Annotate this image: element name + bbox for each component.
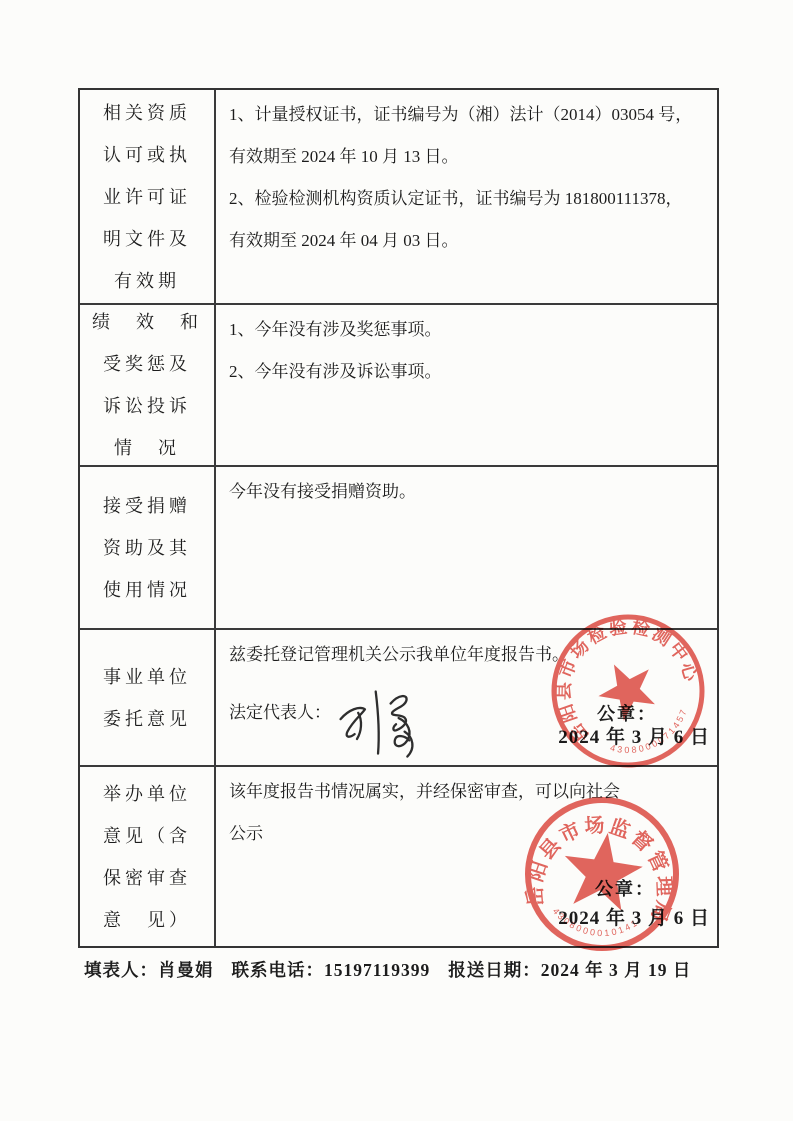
content-line: 有效期至 2024 年 04 月 03 日。	[229, 220, 705, 262]
legal-representative-label: 法定代表人：	[229, 692, 331, 734]
annual-report-document-page: 相关资质 认可或执 业许可证 明文件及 有效期 1、计量授权证书，证书编号为（湘…	[0, 0, 793, 1121]
label-line: 诉讼投诉	[103, 385, 191, 427]
row-label-performance: 绩 效 和 受奖惩及 诉讼投诉 情 况	[80, 305, 216, 465]
table-row-organizer-opinion: 举办单位 意见（含 保密审查 意 见） 该年度报告书情况属实，并经保密审查，可以…	[80, 765, 717, 946]
content-line: 2、今年没有涉及诉讼事项。	[229, 351, 705, 393]
label-line: 有效期	[114, 260, 180, 302]
unit-opinion-date: 2024 年 3 月 6 日	[558, 717, 710, 759]
row-label-organizer-opinion: 举办单位 意见（含 保密审查 意 见）	[80, 767, 216, 946]
content-line: 兹委托登记管理机关公示我单位年度报告书。	[229, 634, 705, 676]
row-content-donations: 今年没有接受捐赠资助。	[216, 467, 717, 628]
content-line: 公示	[229, 813, 705, 855]
content-line: 1、今年没有涉及奖惩事项。	[229, 309, 705, 351]
label-line: 明文件及	[103, 218, 191, 260]
row-content-qualifications: 1、计量授权证书，证书编号为（湘）法计（2014）03054 号， 有效期至 2…	[216, 90, 717, 303]
label-line: 业许可证	[103, 176, 191, 218]
organizer-opinion-date: 2024 年 3 月 6 日	[558, 898, 710, 940]
footer-line: 填表人：肖曼娟联系电话：15197119399报送日期：2024 年 3 月 1…	[84, 957, 691, 982]
label-line: 事业单位	[103, 656, 191, 698]
content-line: 今年没有接受捐赠资助。	[229, 471, 705, 513]
label-line: 意见（含	[103, 815, 191, 857]
phone-label: 联系电话：	[232, 960, 325, 980]
content-line: 2、检验检测机构资质认定证书，证书编号为 181800111378，	[229, 178, 705, 220]
filled-by-label: 填表人：	[84, 960, 158, 980]
row-content-unit-opinion: 兹委托登记管理机关公示我单位年度报告书。 法定代表人：	[216, 630, 717, 765]
label-line: 意 见）	[103, 899, 191, 941]
label-line: 情 况	[114, 427, 180, 469]
legal-representative-signature	[332, 681, 437, 768]
content-line: 1、计量授权证书，证书编号为（湘）法计（2014）03054 号，	[229, 94, 705, 136]
row-content-performance: 1、今年没有涉及奖惩事项。 2、今年没有涉及诉讼事项。	[216, 305, 717, 465]
label-line: 接受捐赠	[103, 485, 191, 527]
label-line: 认可或执	[103, 134, 191, 176]
phone-number: 15197119399	[324, 960, 430, 980]
label-line: 受奖惩及	[103, 343, 191, 385]
label-line: 绩 效 和	[92, 301, 202, 343]
filled-by-name: 肖曼娟	[158, 960, 214, 980]
table-row-performance: 绩 效 和 受奖惩及 诉讼投诉 情 况 1、今年没有涉及奖惩事项。 2、今年没有…	[80, 303, 717, 465]
table-row-donations: 接受捐赠 资助及其 使用情况 今年没有接受捐赠资助。	[80, 465, 717, 628]
row-label-unit-opinion: 事业单位 委托意见	[80, 630, 216, 765]
label-line: 举办单位	[103, 773, 191, 815]
submit-date-label: 报送日期：	[448, 960, 541, 980]
content-line: 该年度报告书情况属实，并经保密审查，可以向社会	[229, 771, 705, 813]
content-line: 有效期至 2024 年 10 月 13 日。	[229, 136, 705, 178]
table-row-unit-opinion: 事业单位 委托意见 兹委托登记管理机关公示我单位年度报告书。 法定代表人：	[80, 628, 717, 765]
row-label-donations: 接受捐赠 资助及其 使用情况	[80, 467, 216, 628]
table-row-qualifications: 相关资质 认可或执 业许可证 明文件及 有效期 1、计量授权证书，证书编号为（湘…	[80, 90, 717, 303]
row-content-organizer-opinion: 该年度报告书情况属实，并经保密审查，可以向社会 公示 公章： 2024 年 3 …	[216, 767, 717, 946]
report-table: 相关资质 认可或执 业许可证 明文件及 有效期 1、计量授权证书，证书编号为（湘…	[78, 88, 719, 948]
label-line: 资助及其	[103, 527, 191, 569]
label-line: 相关资质	[103, 92, 191, 134]
label-line: 委托意见	[103, 698, 191, 740]
label-line: 保密审查	[103, 857, 191, 899]
submit-date: 2024 年 3 月 19 日	[541, 960, 692, 980]
row-label-qualifications: 相关资质 认可或执 业许可证 明文件及 有效期	[80, 90, 216, 303]
label-line: 使用情况	[103, 569, 191, 611]
